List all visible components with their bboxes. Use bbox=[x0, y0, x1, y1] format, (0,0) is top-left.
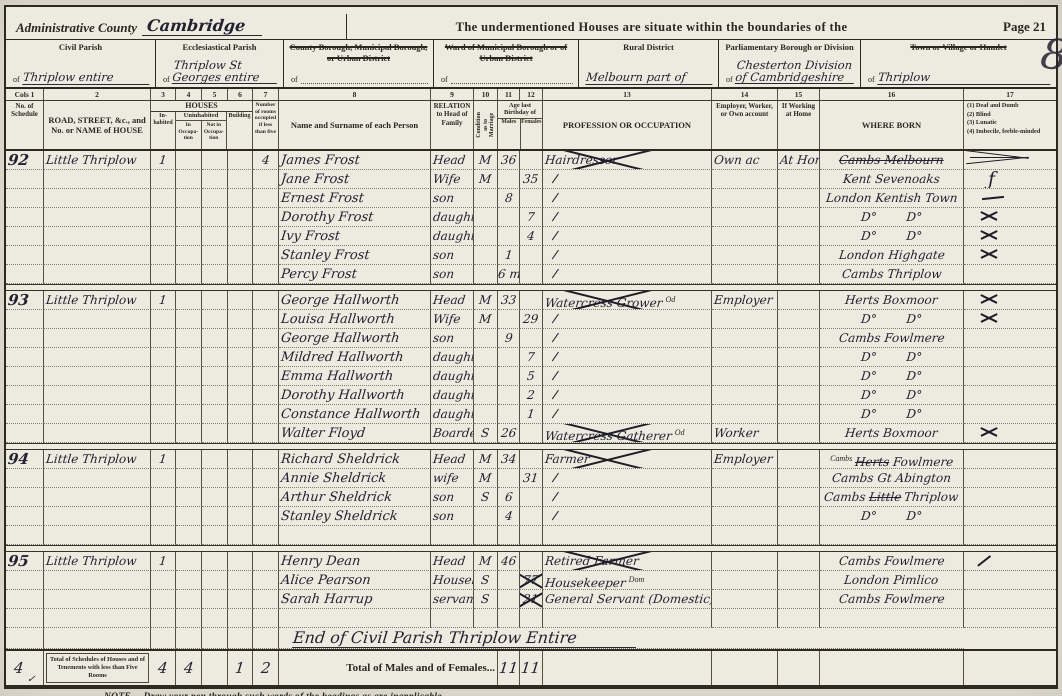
cell-uninhabited-unoccupied bbox=[202, 405, 228, 424]
column-number-14: 14 bbox=[712, 89, 778, 100]
cell-address bbox=[44, 526, 151, 545]
cell-infirmity bbox=[964, 246, 1056, 265]
person-row: Annie SheldrickwifeM31Cambs Gt Abington bbox=[6, 469, 1056, 488]
cell-age-male: 36 bbox=[498, 151, 520, 170]
cell-inhabited bbox=[151, 246, 176, 265]
cell-age-female bbox=[520, 151, 543, 170]
check-mark: ✓ bbox=[26, 674, 36, 685]
total-males: 11 bbox=[498, 651, 520, 685]
household-separator bbox=[6, 443, 1056, 450]
column-number-11: 11 bbox=[498, 89, 520, 100]
cell-building bbox=[228, 590, 253, 609]
cell-relation: son bbox=[431, 246, 474, 265]
cell-uninhabited-occupied bbox=[176, 291, 202, 310]
district-box-2: Ecclesiastical ParishofThriplow St Georg… bbox=[156, 40, 284, 87]
cell-building bbox=[228, 367, 253, 386]
person-row: Dorothy Frostdaughter7D° D° bbox=[6, 208, 1056, 227]
cell-employer bbox=[712, 526, 778, 545]
column-numbers: Cols 1234567891011121314151617 bbox=[6, 89, 1056, 101]
cell-age-female bbox=[520, 552, 543, 571]
cell-birthplace: London Kentish Town bbox=[820, 189, 964, 208]
cell-relation: Wife bbox=[431, 310, 474, 329]
cell-employer bbox=[712, 386, 778, 405]
column-headers: No. of Schedule ROAD, STREET, &c., and N… bbox=[6, 101, 1056, 151]
cell-name: Stanley Frost bbox=[279, 246, 431, 265]
cell-name: Emma Hallworth bbox=[279, 367, 431, 386]
x-mark bbox=[980, 246, 998, 259]
cell-uninhabited-occupied bbox=[176, 189, 202, 208]
cell-rooms: 4 bbox=[253, 151, 279, 170]
cell-employer: Worker bbox=[712, 424, 778, 443]
cell-relation: daughter bbox=[431, 367, 474, 386]
cell-rooms bbox=[253, 590, 279, 609]
cell-relation: daughter bbox=[431, 405, 474, 424]
cell-inhabited bbox=[151, 488, 176, 507]
person-row: Percy Frostson6 moCambs Thriplow bbox=[6, 265, 1056, 284]
cell-employer bbox=[712, 265, 778, 284]
cell-uninhabited-occupied bbox=[176, 386, 202, 405]
cell-birthplace: Cambs Fowlmere bbox=[820, 552, 964, 571]
cell-inhabited: 1 bbox=[151, 291, 176, 310]
cell-occupation: Retired Farmer bbox=[543, 552, 712, 571]
column-number-15: 15 bbox=[778, 89, 820, 100]
cell-uninhabited-unoccupied bbox=[202, 310, 228, 329]
page-number: Page 21 bbox=[956, 19, 1056, 39]
cell-birthplace: Cambs Fowlmere bbox=[820, 590, 964, 609]
colhead-inhabited: In-habited bbox=[151, 112, 176, 149]
column-number-5: 5 bbox=[202, 89, 228, 100]
person-row: Stanley Frostson1London Highgate bbox=[6, 246, 1056, 265]
cell-employer: Own ac bbox=[712, 151, 778, 170]
cell-employer bbox=[712, 348, 778, 367]
total-rooms-b: 2 bbox=[253, 651, 279, 685]
cell-age-male: 26 bbox=[498, 424, 520, 443]
cell-birthplace: Cambs Herts Fowlmere bbox=[820, 450, 964, 469]
enumeration-rows: 92Little Thriplow14James FrostHeadM36Hai… bbox=[6, 151, 1056, 628]
cell-inhabited bbox=[151, 329, 176, 348]
cell-age-female bbox=[520, 450, 543, 469]
cell-occupation bbox=[543, 469, 712, 488]
district-label: Rural District bbox=[582, 42, 715, 53]
cell-relation: Head bbox=[431, 291, 474, 310]
person-row: 95Little Thriplow1Henry DeanHeadM46Retir… bbox=[6, 552, 1056, 571]
cell-infirmity bbox=[964, 450, 1056, 469]
cell-address bbox=[44, 386, 151, 405]
cell-employer bbox=[712, 552, 778, 571]
cell-age-male bbox=[498, 208, 520, 227]
cell-uninhabited-occupied bbox=[176, 609, 202, 628]
total-males-females-label: Total of Males and of Females... bbox=[279, 651, 498, 685]
cell-occupation bbox=[543, 208, 712, 227]
cell-home bbox=[778, 189, 820, 208]
cell-rooms bbox=[253, 450, 279, 469]
cell-occupation bbox=[543, 526, 712, 545]
person-row: Sarah HarrupservantS21General Servant (D… bbox=[6, 590, 1056, 609]
cell-birthplace: Cambs Little Thriplow bbox=[820, 488, 964, 507]
cell-address: Little Thriplow bbox=[44, 291, 151, 310]
cell-infirmity bbox=[964, 329, 1056, 348]
cell-age-male bbox=[498, 386, 520, 405]
cell-building bbox=[228, 329, 253, 348]
cell-uninhabited-unoccupied bbox=[202, 329, 228, 348]
totals-row: 4 ✓ Total of Schedules of Houses and of … bbox=[6, 649, 1056, 687]
cell-inhabited bbox=[151, 526, 176, 545]
cell-employer bbox=[712, 405, 778, 424]
cell-building bbox=[228, 348, 253, 367]
cell-inhabited: 1 bbox=[151, 450, 176, 469]
cell-birthplace: D° D° bbox=[820, 386, 964, 405]
cell-rooms bbox=[253, 571, 279, 590]
total-schedules-label: Total of Schedules of Houses and of Tene… bbox=[46, 653, 149, 683]
cell-uninhabited-occupied bbox=[176, 246, 202, 265]
cell-occupation: Watercress Gatherer Od bbox=[543, 424, 712, 443]
cell-schedule bbox=[6, 310, 44, 329]
cell-condition: M bbox=[474, 291, 498, 310]
district-label: Town or Village or Hamlet bbox=[864, 42, 1053, 53]
cell-birthplace: D° D° bbox=[820, 310, 964, 329]
cell-age-male bbox=[498, 348, 520, 367]
empty-row bbox=[6, 526, 1056, 545]
cell-infirmity bbox=[964, 424, 1056, 443]
cell-rooms bbox=[253, 189, 279, 208]
cell-occupation bbox=[543, 367, 712, 386]
district-label: County Borough, Municipal Borough, or Ur… bbox=[287, 42, 430, 63]
cell-inhabited bbox=[151, 405, 176, 424]
cell-inhabited: 1 bbox=[151, 552, 176, 571]
cell-building bbox=[228, 189, 253, 208]
cell-name: James Frost bbox=[279, 151, 431, 170]
cell-uninhabited-occupied bbox=[176, 348, 202, 367]
cell-relation: Boarder bbox=[431, 424, 474, 443]
cell-age-male: 33 bbox=[498, 291, 520, 310]
cell-schedule: 95 bbox=[6, 552, 44, 571]
cell-building bbox=[228, 571, 253, 590]
colhead-where-born: WHERE BORN bbox=[820, 101, 964, 149]
colhead-employer: Employer, Worker, or Own account bbox=[712, 101, 778, 149]
cell-relation: Housekeeper bbox=[431, 571, 474, 590]
cell-address bbox=[44, 208, 151, 227]
cell-rooms bbox=[253, 405, 279, 424]
cell-age-female bbox=[520, 329, 543, 348]
cell-birthplace: D° D° bbox=[820, 208, 964, 227]
cell-inhabited bbox=[151, 310, 176, 329]
cell-uninhabited-occupied bbox=[176, 526, 202, 545]
colhead-females: Females bbox=[521, 119, 543, 149]
cell-birthplace: Herts Boxmoor bbox=[820, 424, 964, 443]
colhead-age-title: Age last Birthday of bbox=[498, 101, 542, 119]
colhead-uninhabited: Uninhabited bbox=[176, 112, 226, 121]
cell-uninhabited-occupied bbox=[176, 310, 202, 329]
cell-building bbox=[228, 265, 253, 284]
cell-employer bbox=[712, 367, 778, 386]
column-number-4: 4 bbox=[176, 89, 202, 100]
cell-uninhabited-unoccupied bbox=[202, 227, 228, 246]
person-row: Arthur SheldricksonS6Cambs Little Thripl… bbox=[6, 488, 1056, 507]
cell-name: Ernest Frost bbox=[279, 189, 431, 208]
cell-age-female bbox=[520, 488, 543, 507]
cell-relation: son bbox=[431, 189, 474, 208]
cell-condition bbox=[474, 386, 498, 405]
cell-infirmity bbox=[964, 151, 1056, 170]
cell-rooms bbox=[253, 329, 279, 348]
cell-condition bbox=[474, 265, 498, 284]
cell-relation bbox=[431, 526, 474, 545]
cell-name: Dorothy Frost bbox=[279, 208, 431, 227]
cell-uninhabited-occupied bbox=[176, 329, 202, 348]
cell-employer: Employer bbox=[712, 291, 778, 310]
cell-inhabited bbox=[151, 227, 176, 246]
colhead-houses: HOUSES bbox=[151, 101, 252, 112]
cell-occupation bbox=[543, 265, 712, 284]
cell-employer bbox=[712, 469, 778, 488]
cell-age-male: 1 bbox=[498, 246, 520, 265]
cell-rooms bbox=[253, 488, 279, 507]
cell-schedule bbox=[6, 329, 44, 348]
cell-relation: servant bbox=[431, 590, 474, 609]
cell-uninhabited-occupied bbox=[176, 367, 202, 386]
cell-address bbox=[44, 329, 151, 348]
cell-schedule bbox=[6, 507, 44, 526]
cell-employer bbox=[712, 590, 778, 609]
colhead-schedule: No. of Schedule bbox=[6, 101, 44, 149]
cell-building bbox=[228, 170, 253, 189]
cell-home bbox=[778, 424, 820, 443]
cell-age-male bbox=[498, 571, 520, 590]
cell-condition bbox=[474, 609, 498, 628]
cell-address bbox=[44, 405, 151, 424]
cell-name: Stanley Sheldrick bbox=[279, 507, 431, 526]
person-row: Ernest Frostson8London Kentish Town bbox=[6, 189, 1056, 208]
cell-uninhabited-unoccupied bbox=[202, 386, 228, 405]
cell-address bbox=[44, 189, 151, 208]
cell-condition: S bbox=[474, 488, 498, 507]
cell-condition: M bbox=[474, 170, 498, 189]
cell-rooms bbox=[253, 609, 279, 628]
cell-uninhabited-unoccupied bbox=[202, 151, 228, 170]
cell-home bbox=[778, 469, 820, 488]
cell-condition: S bbox=[474, 424, 498, 443]
x-mark bbox=[980, 310, 998, 323]
cell-birthplace: Cambs Thriplow bbox=[820, 265, 964, 284]
cell-uninhabited-occupied bbox=[176, 151, 202, 170]
colhead-rooms: Number of rooms occupied if less than fi… bbox=[253, 101, 279, 149]
cell-inhabited bbox=[151, 609, 176, 628]
cell-infirmity bbox=[964, 488, 1056, 507]
cell-condition bbox=[474, 507, 498, 526]
cell-home: At Home bbox=[778, 151, 820, 170]
person-row: Mildred Hallworthdaughter7D° D° bbox=[6, 348, 1056, 367]
cell-uninhabited-occupied bbox=[176, 571, 202, 590]
cell-infirmity bbox=[964, 367, 1056, 386]
x-mark bbox=[980, 208, 998, 221]
total-houses-a: 4 bbox=[151, 651, 176, 685]
cell-name: Alice Pearson bbox=[279, 571, 431, 590]
colhead-relation: RELATION to Head of Family bbox=[431, 101, 474, 149]
cell-occupation bbox=[543, 310, 712, 329]
cell-age-male bbox=[498, 367, 520, 386]
cell-relation: Head bbox=[431, 151, 474, 170]
cell-infirmity bbox=[964, 469, 1056, 488]
cell-building bbox=[228, 227, 253, 246]
cell-age-male: 4 bbox=[498, 507, 520, 526]
district-label: Ecclesiastical Parish bbox=[159, 42, 280, 53]
cell-name: George Hallworth bbox=[279, 329, 431, 348]
cell-schedule bbox=[6, 405, 44, 424]
cell-uninhabited-unoccupied bbox=[202, 291, 228, 310]
column-number-8: 8 bbox=[279, 89, 431, 100]
end-of-parish-row: End of Civil Parish Thriplow Entire bbox=[6, 628, 1056, 649]
cell-relation: daughter bbox=[431, 386, 474, 405]
district-value: ofThriplow bbox=[864, 72, 1053, 86]
cell-relation: daughter bbox=[431, 208, 474, 227]
person-row: Dorothy Hallworthdaughter2D° D° bbox=[6, 386, 1056, 405]
cell-infirmity bbox=[964, 189, 1056, 208]
district-box-5: Rural DistrictMelbourn part of bbox=[579, 40, 719, 87]
cell-age-female: 7 bbox=[520, 208, 543, 227]
cell-birthplace: D° D° bbox=[820, 367, 964, 386]
footer-note: NOTE.—Draw your pen through such words o… bbox=[4, 689, 1058, 696]
cell-age-female bbox=[520, 507, 543, 526]
person-row: Louisa HallworthWifeM29D° D° bbox=[6, 310, 1056, 329]
district-value: ofChesterton Division of Cambridgeshire bbox=[722, 60, 857, 85]
cell-uninhabited-occupied bbox=[176, 265, 202, 284]
cell-building bbox=[228, 609, 253, 628]
cell-address: Little Thriplow bbox=[44, 450, 151, 469]
column-number-16: 16 bbox=[820, 89, 964, 100]
cell-age-male: 46 bbox=[498, 552, 520, 571]
total-houses-b: 4 bbox=[176, 651, 202, 685]
cell-employer bbox=[712, 310, 778, 329]
cell-age-male bbox=[498, 170, 520, 189]
cell-home bbox=[778, 386, 820, 405]
cell-home bbox=[778, 526, 820, 545]
cell-inhabited bbox=[151, 507, 176, 526]
cell-rooms bbox=[253, 424, 279, 443]
census-sheet: 8 Administrative County Cambridge The un… bbox=[0, 0, 1062, 696]
cell-occupation bbox=[543, 488, 712, 507]
cell-age-female: 2 bbox=[520, 386, 543, 405]
cell-birthplace: Kent Sevenoaks bbox=[820, 170, 964, 189]
cell-rooms bbox=[253, 291, 279, 310]
cell-employer bbox=[712, 329, 778, 348]
cell-age-male: 6 bbox=[498, 488, 520, 507]
cell-inhabited bbox=[151, 590, 176, 609]
cell-name: Walter Floyd bbox=[279, 424, 431, 443]
cell-infirmity bbox=[964, 609, 1056, 628]
cell-infirmity bbox=[964, 590, 1056, 609]
cell-home bbox=[778, 329, 820, 348]
cell-address: Little Thriplow bbox=[44, 552, 151, 571]
cell-birthplace bbox=[820, 609, 964, 628]
cell-occupation: General Servant (Domestic) bbox=[543, 590, 712, 609]
cell-schedule bbox=[6, 609, 44, 628]
person-row: Emma Hallworthdaughter5D° D° bbox=[6, 367, 1056, 386]
cell-schedule: 92 bbox=[6, 151, 44, 170]
cell-uninhabited-unoccupied bbox=[202, 488, 228, 507]
cell-condition bbox=[474, 208, 498, 227]
cell-condition bbox=[474, 348, 498, 367]
cell-age-male bbox=[498, 590, 520, 609]
colhead-in-occupation: In Occupa-tion bbox=[176, 121, 202, 149]
cell-occupation bbox=[543, 227, 712, 246]
cell-infirmity: ƒ bbox=[964, 170, 1056, 189]
person-row: Walter FloydBoarderS26Watercress Gathere… bbox=[6, 424, 1056, 443]
cell-home bbox=[778, 265, 820, 284]
cell-rooms bbox=[253, 170, 279, 189]
colhead-infirmity: (1) Deaf and Dumb(2) Blind(3) Lunatic(4)… bbox=[964, 101, 1056, 149]
colhead-condition: Condition as to Marriage bbox=[474, 101, 498, 149]
cell-rooms bbox=[253, 208, 279, 227]
cell-condition: M bbox=[474, 450, 498, 469]
cell-schedule bbox=[6, 170, 44, 189]
district-value: of bbox=[287, 74, 430, 85]
cell-condition bbox=[474, 405, 498, 424]
cell-birthplace bbox=[820, 526, 964, 545]
cell-home bbox=[778, 571, 820, 590]
cell-age-female: 29 bbox=[520, 310, 543, 329]
cell-name: Percy Frost bbox=[279, 265, 431, 284]
district-label: Civil Parish bbox=[9, 42, 152, 53]
end-of-parish-line: End of Civil Parish Thriplow Entire bbox=[279, 628, 964, 649]
cell-employer bbox=[712, 571, 778, 590]
cell-employer bbox=[712, 189, 778, 208]
cell-infirmity bbox=[964, 348, 1056, 367]
cell-age-female: 21 bbox=[520, 590, 543, 609]
cell-infirmity bbox=[964, 227, 1056, 246]
cell-uninhabited-occupied bbox=[176, 424, 202, 443]
cell-schedule: 94 bbox=[6, 450, 44, 469]
district-label: Parliamentary Borough or Division bbox=[722, 42, 857, 53]
cell-address bbox=[44, 367, 151, 386]
cell-inhabited bbox=[151, 367, 176, 386]
cell-home bbox=[778, 348, 820, 367]
cell-birthplace: London Highgate bbox=[820, 246, 964, 265]
person-row: 94Little Thriplow1Richard SheldrickHeadM… bbox=[6, 450, 1056, 469]
cell-address bbox=[44, 227, 151, 246]
x-mark bbox=[980, 424, 998, 437]
cell-condition bbox=[474, 227, 498, 246]
cell-schedule bbox=[6, 367, 44, 386]
cell-name: Louisa Hallworth bbox=[279, 310, 431, 329]
cell-condition bbox=[474, 526, 498, 545]
district-box-4: Ward of Municipal Borough or of Urban Di… bbox=[434, 40, 579, 87]
cell-relation: wife bbox=[431, 469, 474, 488]
cell-name: Jane Frost bbox=[279, 170, 431, 189]
colhead-building: Building bbox=[227, 112, 252, 149]
cell-relation: son bbox=[431, 488, 474, 507]
cell-relation: son bbox=[431, 329, 474, 348]
cell-uninhabited-unoccupied bbox=[202, 189, 228, 208]
cell-name: George Hallworth bbox=[279, 291, 431, 310]
cell-age-female bbox=[520, 189, 543, 208]
cell-name bbox=[279, 609, 431, 628]
cell-address bbox=[44, 424, 151, 443]
cell-rooms bbox=[253, 552, 279, 571]
total-schedules: 4 ✓ bbox=[6, 651, 44, 685]
colhead-working-at-home: If Working at Home bbox=[778, 101, 820, 149]
cell-occupation bbox=[543, 405, 712, 424]
colhead-houses-group: HOUSES In-habited Uninhabited In Occupa-… bbox=[151, 101, 253, 149]
cell-age-male: 34 bbox=[498, 450, 520, 469]
district-label: Ward of Municipal Borough or of Urban Di… bbox=[437, 42, 575, 63]
cell-employer bbox=[712, 507, 778, 526]
district-box-6: Parliamentary Borough or DivisionofChest… bbox=[719, 40, 861, 87]
cell-home bbox=[778, 291, 820, 310]
cell-home bbox=[778, 246, 820, 265]
cell-building bbox=[228, 469, 253, 488]
column-number-3: 3 bbox=[151, 89, 176, 100]
cell-uninhabited-occupied bbox=[176, 590, 202, 609]
